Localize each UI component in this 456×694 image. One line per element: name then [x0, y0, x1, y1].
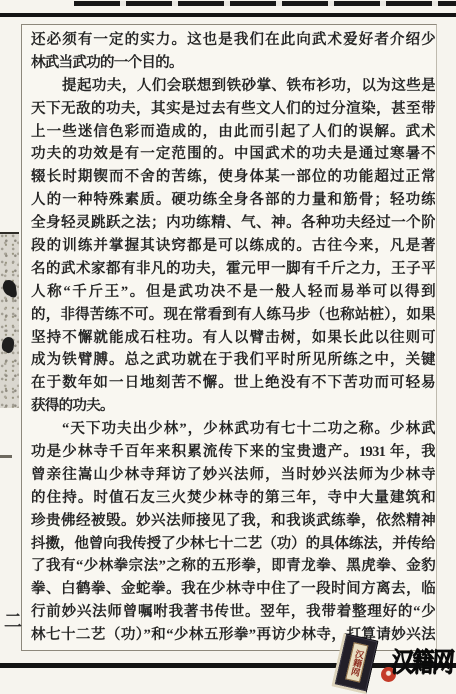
text-line: 坚持不懈就能成石柱功。有人以臂击树，如果长此以往则可 [31, 327, 435, 350]
text-line: 了我有“少林拳宗法”之称的五形拳，即青龙拳、黑虎拳、金豹 [31, 555, 435, 578]
text-line: 珍贵佛经被毁。妙兴法师接见了我，和我谈武练拳，依然精神 [31, 510, 435, 533]
text-line: 行前妙兴法师曾嘱咐我著书传世。翌年，我带着整理好的“少 [31, 601, 435, 624]
text-line: 功夫的功效是有一定范围的。中国武术的功夫是通过寒暑不 [31, 143, 435, 166]
text-line: 人的一种特殊素质。硬功练全身各部的力量和筋骨；轻功练 [31, 189, 435, 212]
watermark-site-name: 汉籍网 [390, 645, 456, 679]
text-line: 段的训练并掌握其诀窍都是可以练成的。古往今来，凡是著 [31, 235, 435, 258]
text-line: 的，非得苦练不可。现在常看到有人练马步（也称站桩），如果 [31, 304, 435, 327]
page-number: 二 [2, 607, 24, 633]
text-line: 提起功夫，人们会联想到铁砂掌、铁布衫功，以为这些是 [31, 75, 435, 98]
text-line: 天下无敌的功夫，其实是过去有些文人们的过分渲染，甚至带 [31, 98, 435, 121]
book-label: 汉籍网 [345, 642, 368, 682]
text-line: 还必须有一定的实力。这也是我们在此向武术爱好者介绍少 [31, 29, 435, 52]
text-line: 辍长时期锲而不舍的苦练，使身体某一部位的功能超过正常 [31, 166, 435, 189]
text-line: 名的武术家都有非凡的功夫，霍元甲一脚有千斤之力，王子平 [31, 258, 435, 281]
top-rule [0, 13, 456, 17]
text-line: 的住持。时值石友三火焚少林寺的第三年，寺中大量建筑和 [31, 487, 435, 510]
spine-tick-mark [0, 455, 12, 458]
text-frame: 还必须有一定的实力。这也是我们在此向武术爱好者介绍少林武当武功的一个目的。提起功… [21, 24, 437, 651]
text-line: 林武当武功的一个目的。 [31, 52, 435, 75]
text-line: 获得的功夫。 [31, 395, 435, 418]
text-line: 在于数年如一日地刻苦不懈。世上绝没有不下苦功而可轻易 [31, 372, 435, 395]
text-line: 抖擞，他曾向我传授了少林七十二艺（功）的具体练法，并传给 [31, 533, 435, 556]
spine-smudge-mark [1, 336, 15, 352]
text-line: 人称“千斤王”。但是武功决不是一般人轻而易举可以得到 [31, 281, 435, 304]
text-line: 拳、白鹤拳、金蛇拳。我在少林寺中住了一段时间方离去，临 [31, 578, 435, 601]
body-text: 还必须有一定的实力。这也是我们在此向武术爱好者介绍少林武当武功的一个目的。提起功… [31, 29, 435, 647]
text-line: 成为铁臂膊。总之武功就在于我们平时所见所练之中，关键 [31, 349, 435, 372]
spine-band [0, 232, 19, 408]
text-line: 全身轻灵跳跃之法；内功练精、气、神。各种功夫经过一个阶 [31, 212, 435, 235]
text-line: 曾亲往嵩山少林寺拜访了妙兴法师，当时妙兴法师为少林寺 [31, 464, 435, 487]
text-line: 上一些迷信色彩而造成的，由此而引起了人们的误解。武术 [31, 121, 435, 144]
text-line: “天下功夫出少林”，少林武功有七十二功之称。少林武 [31, 418, 435, 441]
top-partial-rule [74, 1, 456, 6]
text-line: 功是少林寺千百年来积累流传下来的宝贵遗产。1931 年，我 [31, 441, 435, 464]
spine-smudge-mark [2, 279, 17, 297]
